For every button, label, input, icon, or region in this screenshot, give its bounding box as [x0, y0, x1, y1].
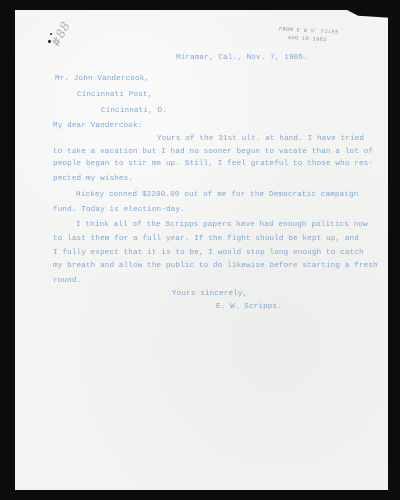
body-line: my breath and allow the public to do lik…	[53, 263, 378, 271]
dateline: Miramar, Cal., Nov. 7, 1905.	[176, 55, 308, 63]
closing: Yours sincerely,	[172, 291, 247, 299]
recipient-city: Cincinnati, O.	[101, 108, 167, 116]
body-line: I think all of the Scripps papers have h…	[76, 222, 368, 230]
letter-page: #88 FROM E W S' FILES AUG 10 1962 Mirama…	[15, 10, 388, 490]
body-line: round.	[53, 278, 81, 286]
body-line: to last them for a full year. If the fig…	[53, 236, 359, 244]
body-line: people began to stir me up. Still, I fee…	[53, 161, 373, 169]
archive-stamp-line2: AUG 10 1962	[288, 36, 327, 43]
body-line: pected my wishes.	[53, 176, 133, 184]
salutation: My dear Vandercook:	[53, 123, 142, 131]
body-line: Yours of the 31st ult. at hand. I have t…	[157, 136, 364, 144]
recipient-organization: Cincinnati Post,	[77, 92, 152, 100]
body-line: fund. Today is election-day.	[53, 207, 185, 215]
body-line: I fully expect that it is to be, I would…	[53, 250, 364, 258]
body-line: to take a vacation but I had no sooner b…	[53, 149, 373, 157]
signature: E. W. Scripps.	[216, 304, 282, 312]
body-line: Hickey conned $2200.00 out of me for the…	[76, 192, 358, 200]
recipient-name: Mr. John Vandercook,	[55, 76, 149, 84]
handwritten-file-number: #88	[48, 19, 73, 49]
